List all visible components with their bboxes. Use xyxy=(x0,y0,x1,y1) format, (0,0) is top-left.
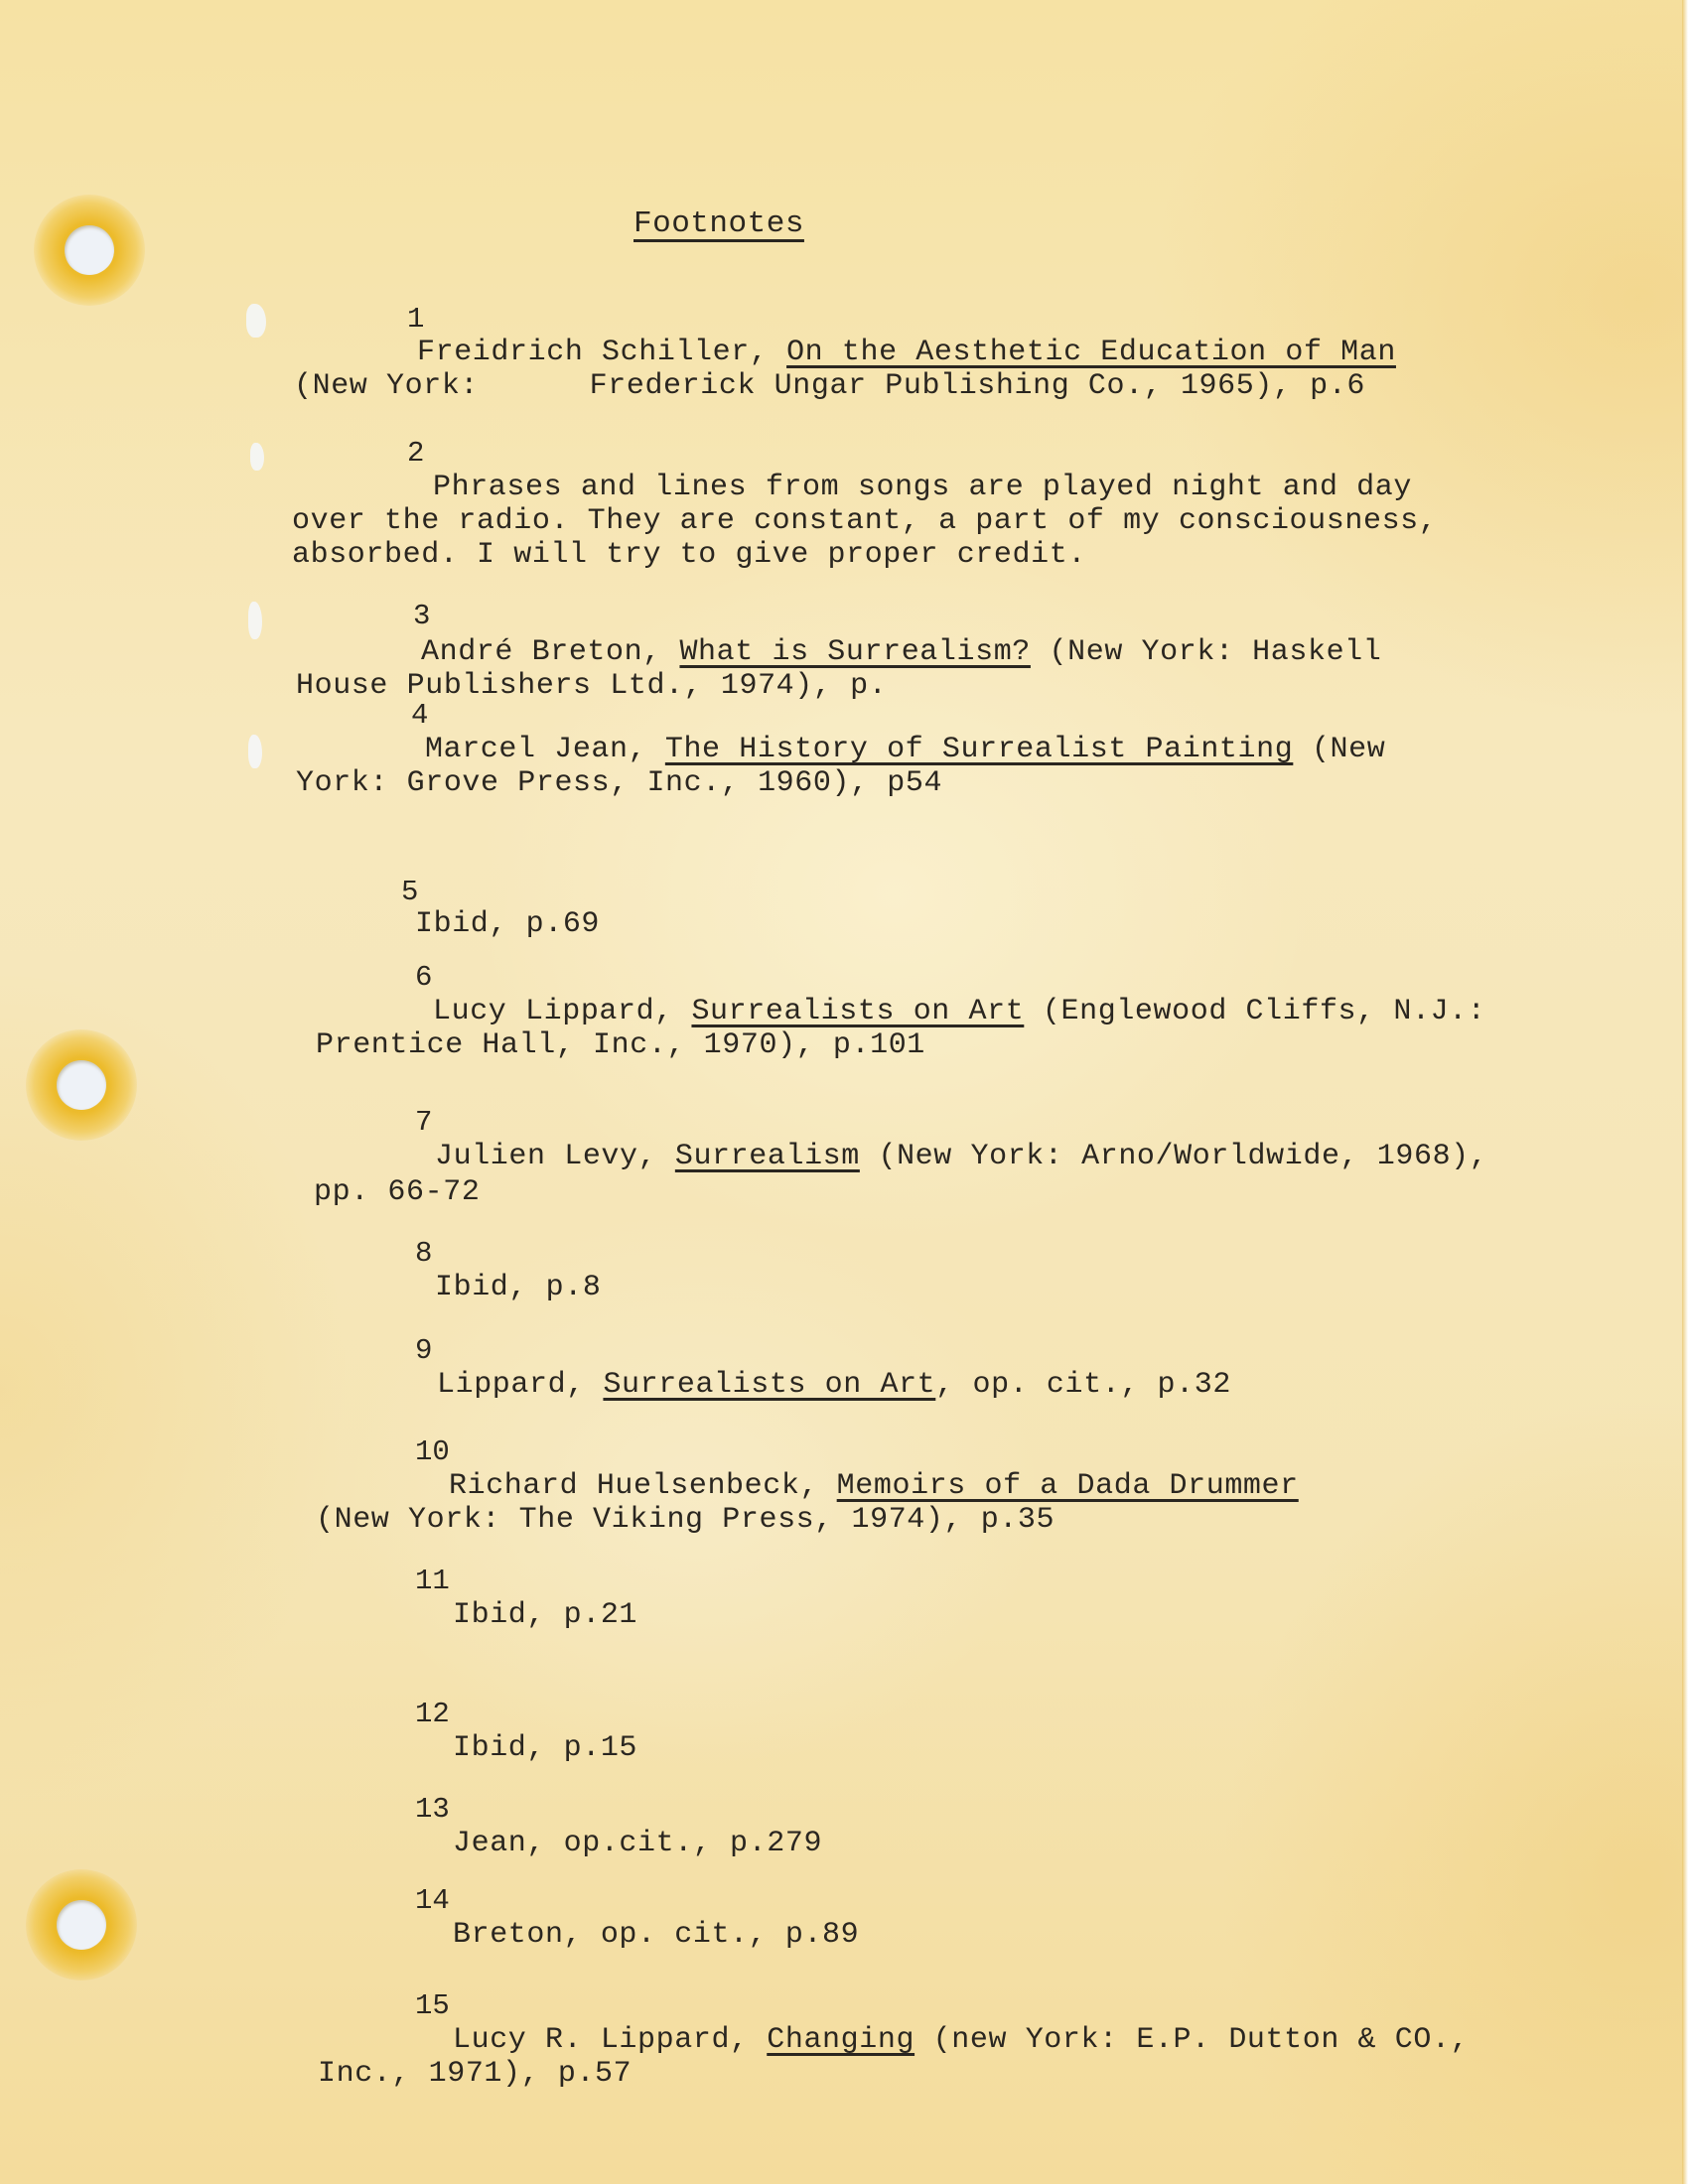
cited-title: Changing xyxy=(767,2023,914,2057)
footnote-number: 10 xyxy=(415,1435,450,1468)
citation-text: (New York: The Viking Press, 1974), p.35 xyxy=(316,1503,1055,1537)
footnote-line: Julien Levy, Surrealism (New York: Arno/… xyxy=(435,1140,1487,1173)
paper-tear-mark xyxy=(246,304,266,338)
citation-text: Jean, op.cit., p.279 xyxy=(453,1827,822,1860)
footnote-line: Ibid, p.15 xyxy=(453,1731,637,1765)
citation-text: Ibid, p.15 xyxy=(453,1731,637,1765)
citation-text: York: Grove Press, Inc., 1960), p54 xyxy=(296,766,942,800)
citation-text: Prentice Hall, Inc., 1970), p.101 xyxy=(316,1028,925,1062)
page-title: Footnotes xyxy=(633,206,804,241)
binder-hole-bottom xyxy=(26,1869,137,1980)
footnote-number: 11 xyxy=(415,1565,450,1597)
citation-text: Ibid, p.69 xyxy=(415,907,600,941)
paper-tear-mark xyxy=(248,735,262,768)
citation-text: over the radio. They are constant, a par… xyxy=(292,504,1437,538)
footnote-number: 9 xyxy=(415,1334,432,1367)
hole-icon xyxy=(65,225,114,275)
citation-text: Lippard, xyxy=(437,1368,603,1402)
footnote-number: 12 xyxy=(415,1698,450,1730)
citation-text: Freidrich Schiller, xyxy=(417,336,786,369)
footnote-line: York: Grove Press, Inc., 1960), p54 xyxy=(296,766,942,800)
footnote-number: 6 xyxy=(415,961,432,994)
footnote-line: (New York: The Viking Press, 1974), p.35 xyxy=(316,1503,1055,1537)
footnote-line: House Publishers Ltd., 1974), p. xyxy=(296,669,887,703)
citation-text: Lucy R. Lippard, xyxy=(453,2023,767,2057)
footnote-number: 14 xyxy=(415,1884,450,1917)
citation-text: Lucy Lippard, xyxy=(433,995,691,1028)
footnote-line: Freidrich Schiller, On the Aesthetic Edu… xyxy=(417,336,1396,369)
cited-title: Surrealists on Art xyxy=(603,1368,935,1402)
footnote-line: Phrases and lines from songs are played … xyxy=(433,471,1412,504)
footnote-number: 1 xyxy=(407,303,424,336)
paper-edge xyxy=(1682,0,1688,2184)
hole-icon xyxy=(57,1060,106,1110)
footnote-line: Prentice Hall, Inc., 1970), p.101 xyxy=(316,1028,925,1062)
citation-text: Phrases and lines from songs are played … xyxy=(433,471,1412,504)
footnote-line: Ibid, p.69 xyxy=(415,907,600,941)
footnote-line: absorbed. I will try to give proper cred… xyxy=(292,538,1086,572)
citation-text: (new York: E.P. Dutton & CO., xyxy=(914,2023,1469,2057)
footnote-number: 13 xyxy=(415,1793,450,1826)
footnote-line: Ibid, p.8 xyxy=(435,1271,601,1304)
cited-title: What is Surrealism? xyxy=(679,635,1030,669)
citation-text: , op. cit., p.32 xyxy=(935,1368,1231,1402)
citation-text: Marcel Jean, xyxy=(425,733,665,766)
binder-hole-top xyxy=(34,195,145,306)
scanned-page: Footnotes 1Freidrich Schiller, On the Ae… xyxy=(0,0,1688,2184)
cited-title: The History of Surrealist Painting xyxy=(665,733,1294,766)
citation-text: absorbed. I will try to give proper cred… xyxy=(292,538,1086,572)
footnote-number: 4 xyxy=(411,699,428,732)
citation-text: Julien Levy, xyxy=(435,1140,675,1173)
footnote-line: Richard Huelsenbeck, Memoirs of a Dada D… xyxy=(449,1469,1299,1503)
footnote-line: André Breton, What is Surrealism? (New Y… xyxy=(421,635,1381,669)
cited-title: On the Aesthetic Education of Man xyxy=(786,336,1396,369)
citation-text: Inc., 1971), p.57 xyxy=(318,2057,632,2091)
footnote-line: Ibid, p.21 xyxy=(453,1598,637,1632)
footnote-line: (New York: Frederick Ungar Publishing Co… xyxy=(294,369,1365,403)
footnote-line: Lucy R. Lippard, Changing (new York: E.P… xyxy=(453,2023,1469,2057)
footnote-number: 7 xyxy=(415,1106,432,1139)
footnote-line: Jean, op.cit., p.279 xyxy=(453,1827,822,1860)
cited-title: Surrealists on Art xyxy=(691,995,1024,1028)
citation-text: (New York: Haskell xyxy=(1031,635,1381,669)
hole-icon xyxy=(57,1900,106,1950)
citation-text: Richard Huelsenbeck, xyxy=(449,1469,837,1503)
citation-text: (Englewood Cliffs, N.J.: xyxy=(1024,995,1485,1028)
footnote-number: 2 xyxy=(407,437,424,470)
citation-text: Ibid, p.21 xyxy=(453,1598,637,1632)
cited-title: Memoirs of a Dada Drummer xyxy=(837,1469,1299,1503)
footnote-line: Lucy Lippard, Surrealists on Art (Englew… xyxy=(433,995,1485,1028)
paper-tear-mark xyxy=(248,602,262,639)
citation-text: Ibid, p.8 xyxy=(435,1271,601,1304)
footnote-number: 3 xyxy=(413,600,430,632)
footnote-line: Inc., 1971), p.57 xyxy=(318,2057,632,2091)
footnote-number: 15 xyxy=(415,1989,450,2022)
citation-text: House Publishers Ltd., 1974), p. xyxy=(296,669,887,703)
binder-hole-middle xyxy=(26,1029,137,1141)
citation-text: (New York: Arno/Worldwide, 1968), xyxy=(860,1140,1488,1173)
footnote-number: 5 xyxy=(401,876,418,908)
citation-text: André Breton, xyxy=(421,635,679,669)
footnote-line: Breton, op. cit., p.89 xyxy=(453,1918,859,1952)
paper-tear-mark xyxy=(250,443,264,471)
footnote-line: pp. 66-72 xyxy=(314,1175,480,1209)
citation-text: pp. 66-72 xyxy=(314,1175,480,1209)
footnote-line: over the radio. They are constant, a par… xyxy=(292,504,1437,538)
footnote-line: Marcel Jean, The History of Surrealist P… xyxy=(425,733,1385,766)
footnote-number: 8 xyxy=(415,1237,432,1270)
citation-text: Breton, op. cit., p.89 xyxy=(453,1918,859,1952)
citation-text: (New xyxy=(1293,733,1385,766)
citation-text: (New York: Frederick Ungar Publishing Co… xyxy=(294,369,1365,403)
footnote-line: Lippard, Surrealists on Art, op. cit., p… xyxy=(437,1368,1231,1402)
cited-title: Surrealism xyxy=(675,1140,860,1173)
